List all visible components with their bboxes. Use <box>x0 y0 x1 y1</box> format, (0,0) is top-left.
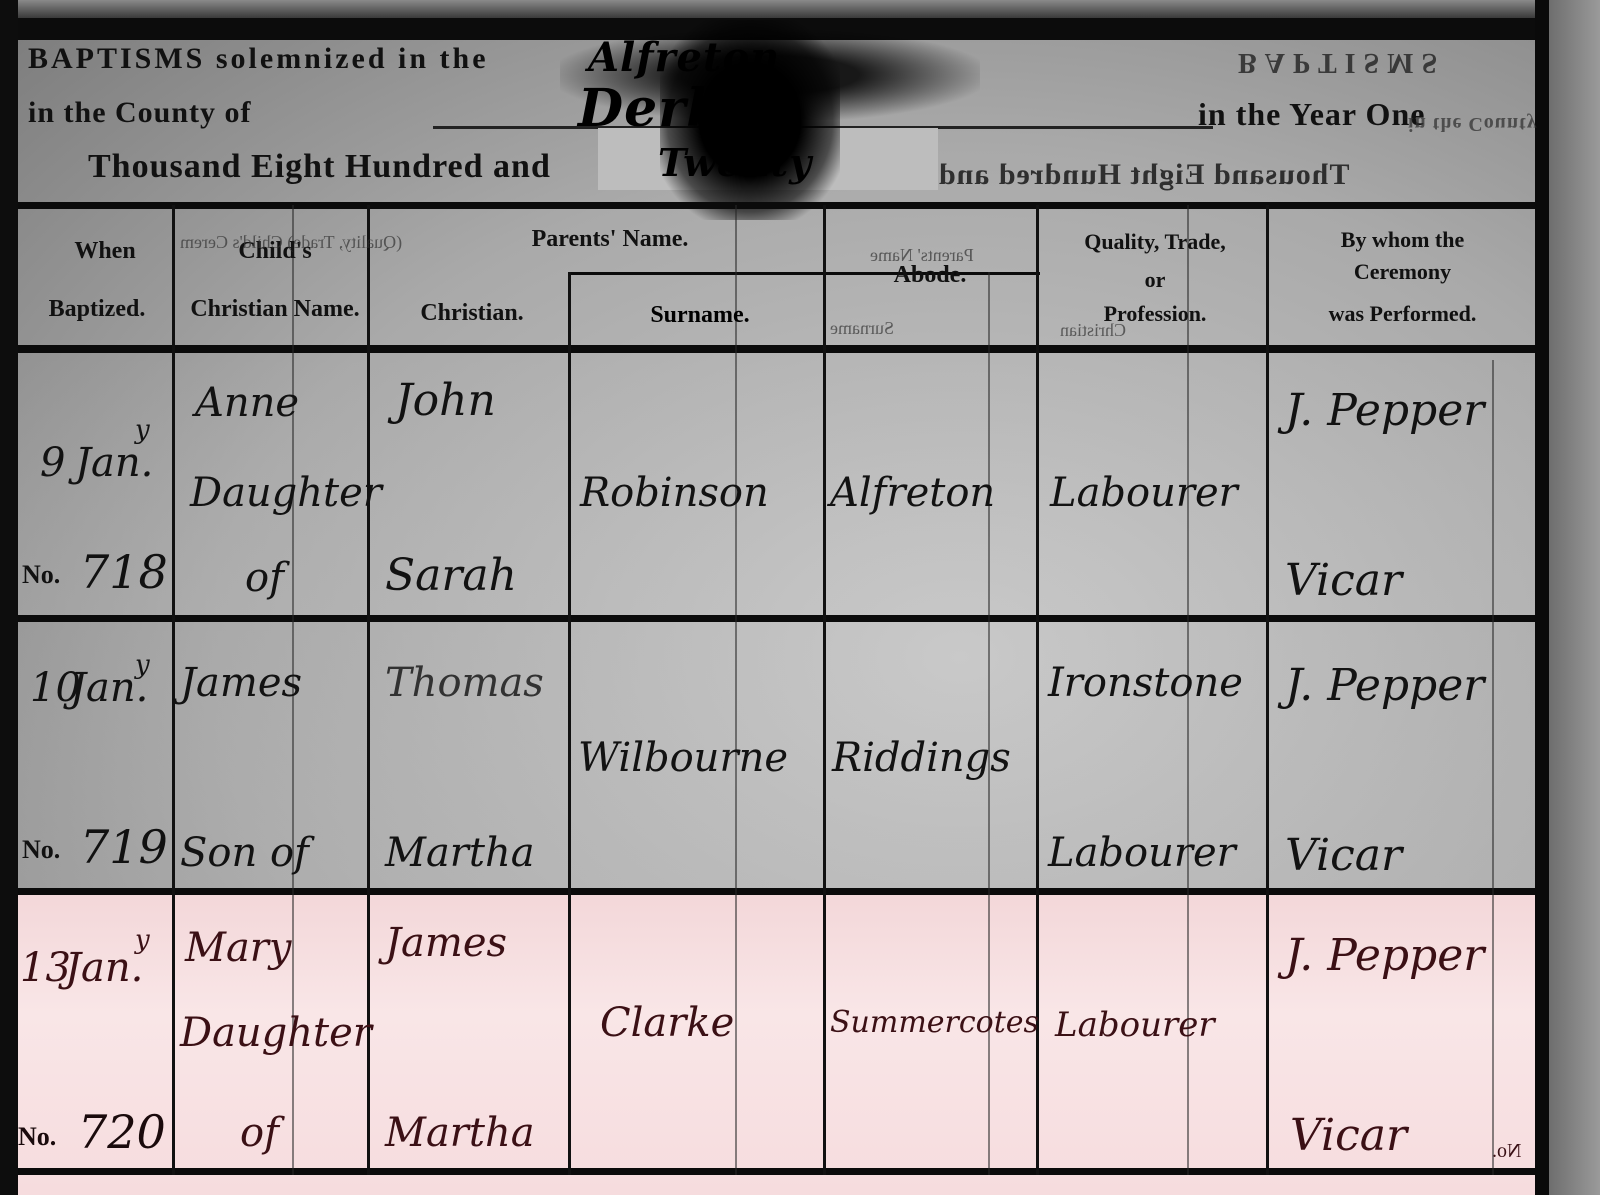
entry-date-month: Jan. <box>75 440 153 486</box>
entry-officiant-title: Vicar <box>1285 830 1402 881</box>
ink-stain <box>660 20 840 220</box>
entry-date-month: Jan. <box>65 945 143 991</box>
header-top-rule <box>18 202 1535 209</box>
title-line-2: in the County of <box>28 96 252 130</box>
scan-right-margin <box>1549 0 1600 1195</box>
entry-officiant: J. Pepper <box>1285 385 1484 436</box>
header-bottom-rule <box>18 345 1535 353</box>
col-rule <box>568 272 571 1175</box>
header-was-performed: was Performed. <box>1270 302 1535 326</box>
title-line-3: Thousand Eight Hundred and <box>88 148 551 186</box>
row-rule <box>18 888 1535 895</box>
entry-father-name: Thomas <box>385 660 544 706</box>
entry-trade: Labourer <box>1050 470 1238 516</box>
guide-rule <box>735 205 737 1175</box>
entry-mother-name: Martha <box>385 1110 535 1156</box>
entry-date-suffix: y <box>135 650 150 680</box>
entry-date-suffix: y <box>135 925 150 955</box>
bleed-through-text: No. <box>1492 1140 1521 1163</box>
entry-trade: Labourer <box>1055 1005 1215 1045</box>
header-parents-name: Parents' Name. <box>500 226 720 252</box>
header-christian-name: Christian Name. <box>175 296 375 322</box>
entry-number: 720 <box>78 1105 166 1159</box>
entry-number: 718 <box>80 545 168 599</box>
header-quality-trade: Quality, Trade, <box>1040 230 1270 254</box>
bleed-through-text: (Quality, Trade) Child's Cerem <box>180 232 402 253</box>
entry-trade-line2: Labourer <box>1048 830 1236 876</box>
entry-father-name: John <box>395 375 496 426</box>
entry-officiant: J. Pepper <box>1285 930 1484 981</box>
entry-relation: Son of <box>180 830 309 876</box>
entry-father-name: James <box>385 920 507 966</box>
entry-date-day: 9 <box>40 440 65 486</box>
register-page: BAPTISMS solemnized in the Alfreton BAPT… <box>0 0 1600 1195</box>
header-or: or <box>1040 268 1270 292</box>
entry-child-name: Anne <box>195 380 299 426</box>
page-left-border <box>0 0 18 1195</box>
title-line-1: BAPTISMS solemnized in the <box>28 42 489 76</box>
entry-mother-name: Martha <box>385 830 535 876</box>
entry-surname: Clarke <box>600 1000 734 1046</box>
entry-abode: Alfreton <box>830 470 995 516</box>
bleed-through-text: BAPTISMS <box>1238 46 1445 78</box>
entry-surname: Wilbourne <box>578 735 788 781</box>
entry-surname: Robinson <box>580 470 769 516</box>
header-surname: Surname. <box>600 302 800 328</box>
entry-relation: Daughter <box>190 470 382 516</box>
header-baptized: Baptized. <box>22 296 172 322</box>
bleed-through-text: in the County <box>1408 112 1538 135</box>
col-rule <box>172 205 175 1175</box>
entry-no-label: No. <box>22 560 60 590</box>
bleed-through-text: Thousand Eight Hundred and <box>938 158 1349 192</box>
bleed-through-text: Christian <box>1060 320 1126 341</box>
entry-relation-of: of <box>240 1110 279 1156</box>
header-christian: Christian. <box>372 300 572 326</box>
entry-abode: Riddings <box>832 735 1011 781</box>
entry-date-day: 13 <box>20 945 71 991</box>
entry-number: 719 <box>80 820 168 874</box>
entry-officiant: J. Pepper <box>1285 660 1484 711</box>
header-when: When <box>55 238 155 264</box>
page-right-border <box>1535 0 1549 1195</box>
bleed-through-text: Parents' Name <box>870 245 974 266</box>
header-ceremony: Ceremony <box>1270 260 1535 284</box>
row-rule <box>18 615 1535 622</box>
scan-top-edge <box>0 0 1600 18</box>
col-rule <box>1266 205 1269 1175</box>
header-by-whom: By whom the <box>1270 228 1535 252</box>
entry-child-name: Mary <box>185 925 292 971</box>
guide-rule <box>1492 360 1494 1175</box>
entry-officiant-title: Vicar <box>1285 555 1402 606</box>
entry-abode: Summercotes <box>830 1005 1039 1040</box>
entry-date-suffix: y <box>135 415 150 445</box>
entry-trade: Ironstone <box>1048 660 1243 706</box>
col-rule <box>823 205 826 1175</box>
entry-mother-name: Sarah <box>385 550 517 601</box>
entry-relation: Daughter <box>180 1010 372 1056</box>
entry-child-name: James <box>180 660 302 706</box>
bleed-through-text: Surname <box>830 318 894 339</box>
entry-officiant-title: Vicar <box>1290 1110 1407 1161</box>
entry-no-label: No. <box>22 835 60 865</box>
entry-relation-of: of <box>245 555 284 601</box>
row-rule <box>18 1168 1535 1175</box>
title-year-label: in the Year One <box>1198 96 1425 133</box>
entry-no-label: No. <box>18 1122 56 1152</box>
